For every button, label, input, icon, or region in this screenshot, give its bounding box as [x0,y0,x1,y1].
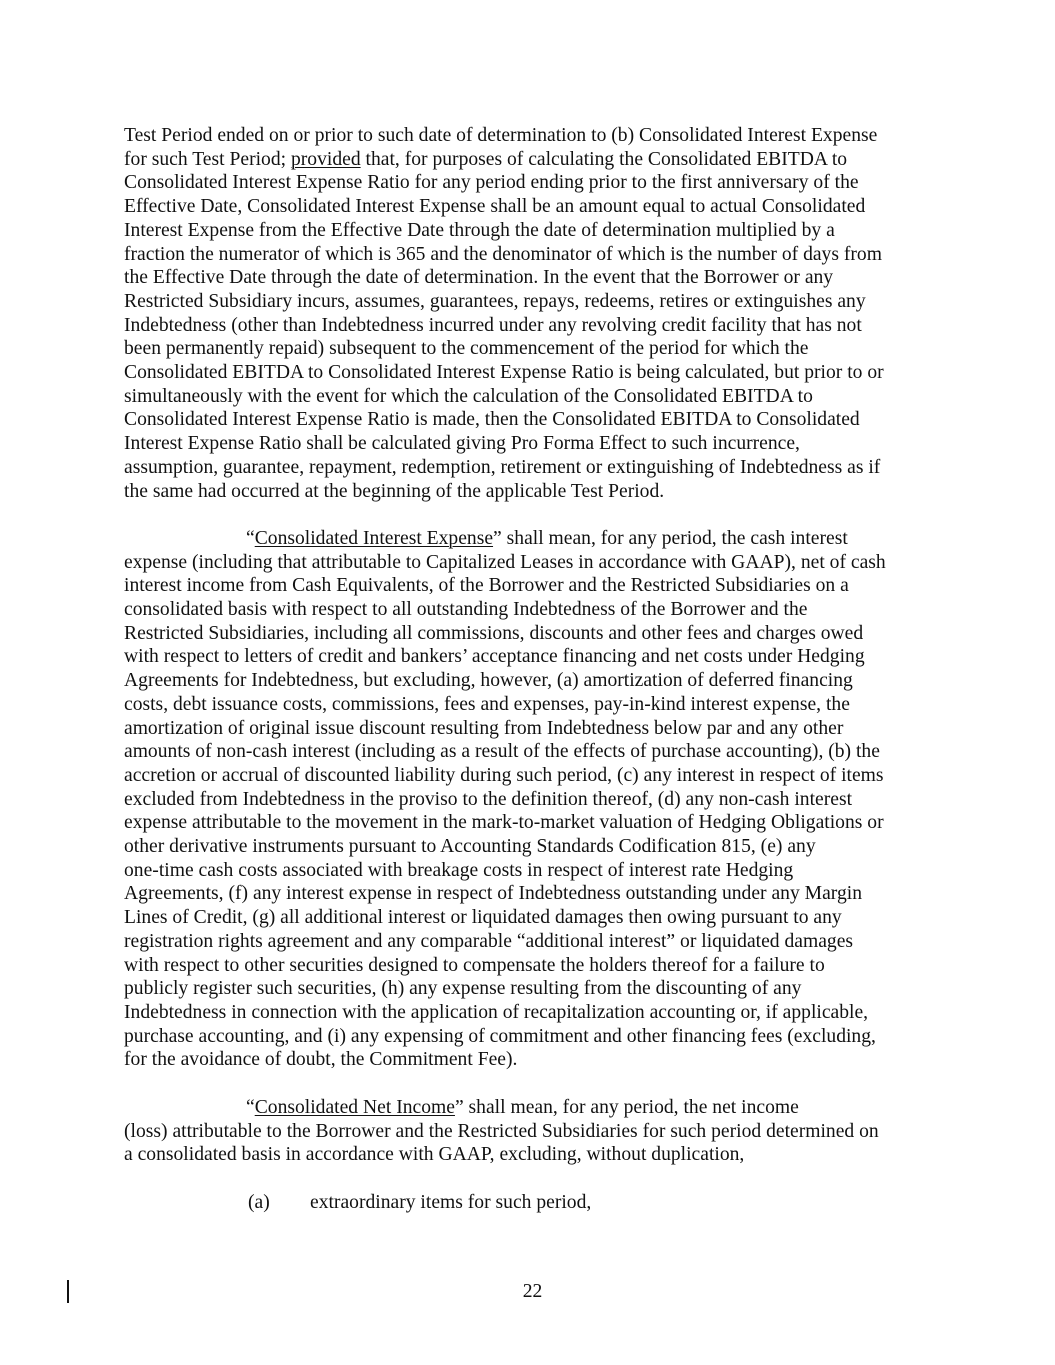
defined-term: Consolidated Interest Expense [255,528,493,549]
paragraph-test-period: Test Period ended on or prior to such da… [124,124,924,503]
text-line: one-time cash costs associated with brea… [124,859,924,883]
provided-term: provided [291,149,361,170]
text-line: amortization of original issue discount … [124,717,924,741]
text-line: for such Test Period; provided that, for… [124,148,924,172]
text-line: Lines of Credit, (g) all additional inte… [124,906,924,930]
document-page: Test Period ended on or prior to such da… [124,124,924,1238]
clause-item: (a)extraordinary items for such period, [124,1191,924,1215]
text-line: simultaneously with the event for which … [124,385,924,409]
text-line: expense (including that attributable to … [124,551,924,575]
clause-text: extraordinary items for such period, [310,1192,591,1213]
definition-consolidated-interest-expense: “Consolidated Interest Expense” shall me… [124,527,924,1072]
text-line: Consolidated Interest Expense Ratio is m… [124,408,924,432]
text-line: with respect to letters of credit and ba… [124,645,924,669]
text-line: been permanently repaid) subsequent to t… [124,337,924,361]
text-line: for the avoidance of doubt, the Commitme… [124,1048,924,1072]
clause-label: (a) [248,1191,310,1215]
definition-consolidated-net-income: “Consolidated Net Income” shall mean, fo… [124,1096,924,1167]
text-line: Test Period ended on or prior to such da… [124,124,924,148]
text-line: (loss) attributable to the Borrower and … [124,1120,924,1144]
text-line: Restricted Subsidiaries, including all c… [124,622,924,646]
text-line: registration rights agreement and any co… [124,930,924,954]
page-number: 22 [0,1281,1055,1303]
text-line: interest income from Cash Equivalents, o… [124,574,924,598]
text-line: Indebtedness (other than Indebtedness in… [124,314,924,338]
text-line: Consolidated EBITDA to Consolidated Inte… [124,361,924,385]
text-line: other derivative instruments pursuant to… [124,835,924,859]
text-line: expense attributable to the movement in … [124,811,924,835]
defined-term: Consolidated Net Income [255,1097,455,1118]
text-line: Interest Expense Ratio shall be calculat… [124,432,924,456]
text-line: amounts of non-cash interest (including … [124,740,924,764]
text-line: fraction the numerator of which is 365 a… [124,243,924,267]
text-line: Interest Expense from the Effective Date… [124,219,924,243]
text-line: the same had occurred at the beginning o… [124,480,924,504]
clause-list: (a)extraordinary items for such period, [124,1191,924,1215]
text-line: consolidated basis with respect to all o… [124,598,924,622]
definition-lead-line: “Consolidated Net Income” shall mean, fo… [124,1096,924,1120]
text-line: Agreements, (f) any interest expense in … [124,882,924,906]
text-line: Indebtedness in connection with the appl… [124,1001,924,1025]
text-line: purchase accounting, and (i) any expensi… [124,1025,924,1049]
text-line: excluded from Indebtedness in the provis… [124,788,924,812]
text-line: publicly register such securities, (h) a… [124,977,924,1001]
text-line: assumption, guarantee, repayment, redemp… [124,456,924,480]
text-line: costs, debt issuance costs, commissions,… [124,693,924,717]
text-line: accretion or accrual of discounted liabi… [124,764,924,788]
text-line: Consolidated Interest Expense Ratio for … [124,171,924,195]
text-line: a consolidated basis in accordance with … [124,1143,924,1167]
definition-lead-line: “Consolidated Interest Expense” shall me… [124,527,924,551]
text-line: Restricted Subsidiary incurs, assumes, g… [124,290,924,314]
text-line: the Effective Date through the date of d… [124,266,924,290]
text-line: Agreements for Indebtedness, but excludi… [124,669,924,693]
text-line: with respect to other securities designe… [124,954,924,978]
text-line: Effective Date, Consolidated Interest Ex… [124,195,924,219]
